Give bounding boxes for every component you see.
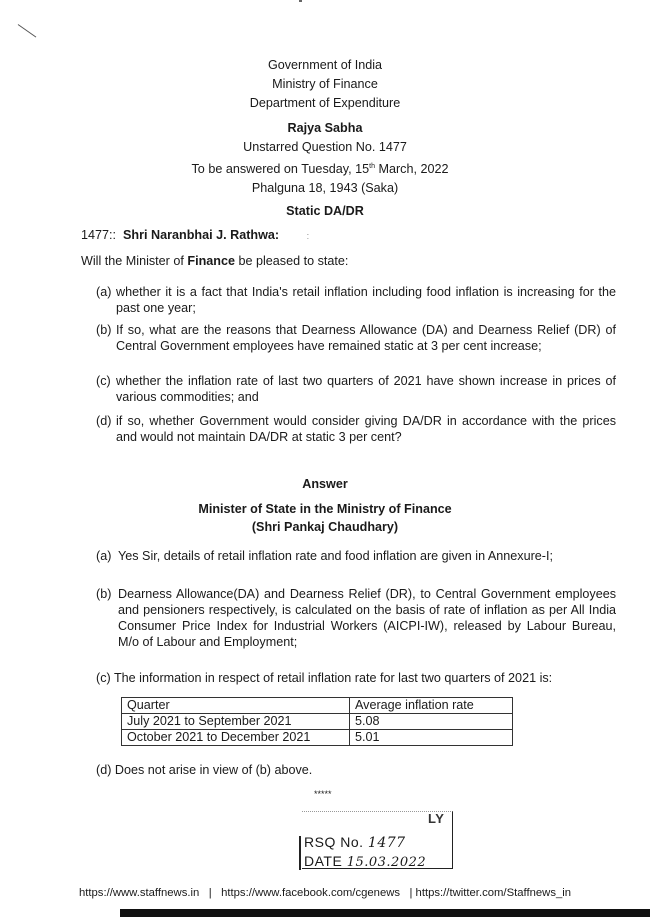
saka-date: Phalguna 18, 1943 (Saka) (0, 179, 650, 198)
answer-date: To be answered on Tuesday, 15th March, 2… (0, 157, 650, 179)
table-header-quarter: Quarter (122, 698, 350, 714)
intro-prefix: Will the Minister of (81, 254, 187, 268)
document-header: Government of India Ministry of Finance … (0, 56, 650, 113)
answer-part-b: (b) Dearness Allowance(DA) and Dearness … (96, 586, 616, 650)
part-text: Does not arise in view of (b) above. (115, 763, 312, 777)
question-intro: Will the Minister of Finance be pleased … (81, 253, 348, 269)
stamp-date-value: 15.03.2022 (347, 855, 426, 870)
scan-bottom-bar (120, 909, 650, 917)
header-line-government: Government of India (0, 56, 650, 75)
table-header-rate: Average inflation rate (350, 698, 513, 714)
part-marker: (a) (96, 548, 111, 564)
minister-name: (Shri Pankaj Chaudhary) (0, 518, 650, 536)
table-row: July 2021 to September 2021 5.08 (122, 714, 513, 730)
stamp-rsq-label: RSQ No. (304, 834, 364, 850)
question-meta: Rajya Sabha Unstarred Question No. 1477 … (0, 119, 650, 198)
answer-minister: Minister of State in the Ministry of Fin… (0, 500, 650, 536)
stamp-top-fragment: LY (428, 811, 444, 826)
header-line-ministry: Ministry of Finance (0, 75, 650, 94)
end-mark: ***** (314, 789, 332, 799)
part-text: If so, what are the reasons that Dearnes… (96, 322, 616, 354)
question-part-a: (a) whether it is a fact that India's re… (96, 284, 616, 316)
table-cell-quarter: October 2021 to December 2021 (122, 730, 350, 746)
part-marker: (b) (96, 322, 111, 338)
stamp-date: DATE 15.03.2022 (304, 853, 426, 870)
footer-links: https://www.staffnews.in | https://www.f… (0, 887, 650, 899)
inflation-table: Quarter Average inflation rate July 2021… (121, 697, 513, 746)
minister-title: Minister of State in the Ministry of Fin… (0, 500, 650, 518)
part-marker: (d) (96, 763, 111, 777)
answer-date-suffix: March, 2022 (375, 162, 449, 176)
answer-part-a: (a) Yes Sir, details of retail inflation… (96, 548, 616, 564)
part-text: The information in respect of retail inf… (114, 671, 552, 685)
part-text: whether it is a fact that India's retail… (96, 284, 616, 316)
stamp-left-border (299, 836, 301, 870)
table-cell-rate: 5.01 (350, 730, 513, 746)
footer-link-website[interactable]: https://www.staffnews.in (79, 887, 199, 899)
question-part-b: (b) If so, what are the reasons that Dea… (96, 322, 616, 354)
part-text: Dearness Allowance(DA) and Dearness Reli… (96, 586, 616, 650)
scan-corner-mark (18, 24, 37, 37)
footer-link-facebook[interactable]: https://www.facebook.com/cgenews (221, 887, 400, 899)
intro-ministry: Finance (187, 254, 235, 268)
answer-part-c: (c) The information in respect of retail… (96, 670, 552, 686)
answer-heading: Answer (0, 475, 650, 494)
part-marker: (c) (96, 373, 111, 389)
header-line-department: Department of Expenditure (0, 94, 650, 113)
table-row: October 2021 to December 2021 5.01 (122, 730, 513, 746)
stamp-rsq-value: 1477 (368, 835, 406, 851)
stamp-rsq: RSQ No. 1477 (304, 834, 406, 851)
question-number-label: 1477:: (81, 228, 116, 242)
scan-speck: : (307, 231, 310, 241)
table-header-row: Quarter Average inflation rate (122, 698, 513, 714)
part-marker: (d) (96, 413, 111, 429)
question-asker-line: 1477:: Shri Naranbhai J. Rathwa: : (81, 227, 309, 244)
table-cell-rate: 5.08 (350, 714, 513, 730)
part-text: whether the inflation rate of last two q… (96, 373, 616, 405)
part-marker: (c) (96, 671, 111, 685)
question-asked-by: Shri Naranbhai J. Rathwa: (123, 228, 279, 242)
question-part-c: (c) whether the inflation rate of last t… (96, 373, 616, 405)
part-text: Yes Sir, details of retail inflation rat… (96, 548, 616, 564)
question-number: Unstarred Question No. 1477 (0, 138, 650, 157)
footer-separator: | (409, 887, 412, 899)
part-marker: (a) (96, 284, 111, 300)
intro-suffix: be pleased to state: (235, 254, 348, 268)
subject-title: Static DA/DR (0, 202, 650, 221)
footer-separator: | (209, 887, 212, 899)
house-name: Rajya Sabha (0, 119, 650, 138)
scan-speck (299, 0, 302, 2)
table-cell-quarter: July 2021 to September 2021 (122, 714, 350, 730)
part-marker: (b) (96, 586, 111, 602)
footer-link-twitter[interactable]: https://twitter.com/Staffnews_in (416, 887, 572, 899)
answer-part-d: (d) Does not arise in view of (b) above. (96, 762, 312, 778)
answer-date-prefix: To be answered on Tuesday, 15 (192, 162, 370, 176)
part-text: if so, whether Government would consider… (96, 413, 616, 445)
question-part-d: (d) if so, whether Government would cons… (96, 413, 616, 445)
stamp-date-label: DATE (304, 853, 342, 869)
